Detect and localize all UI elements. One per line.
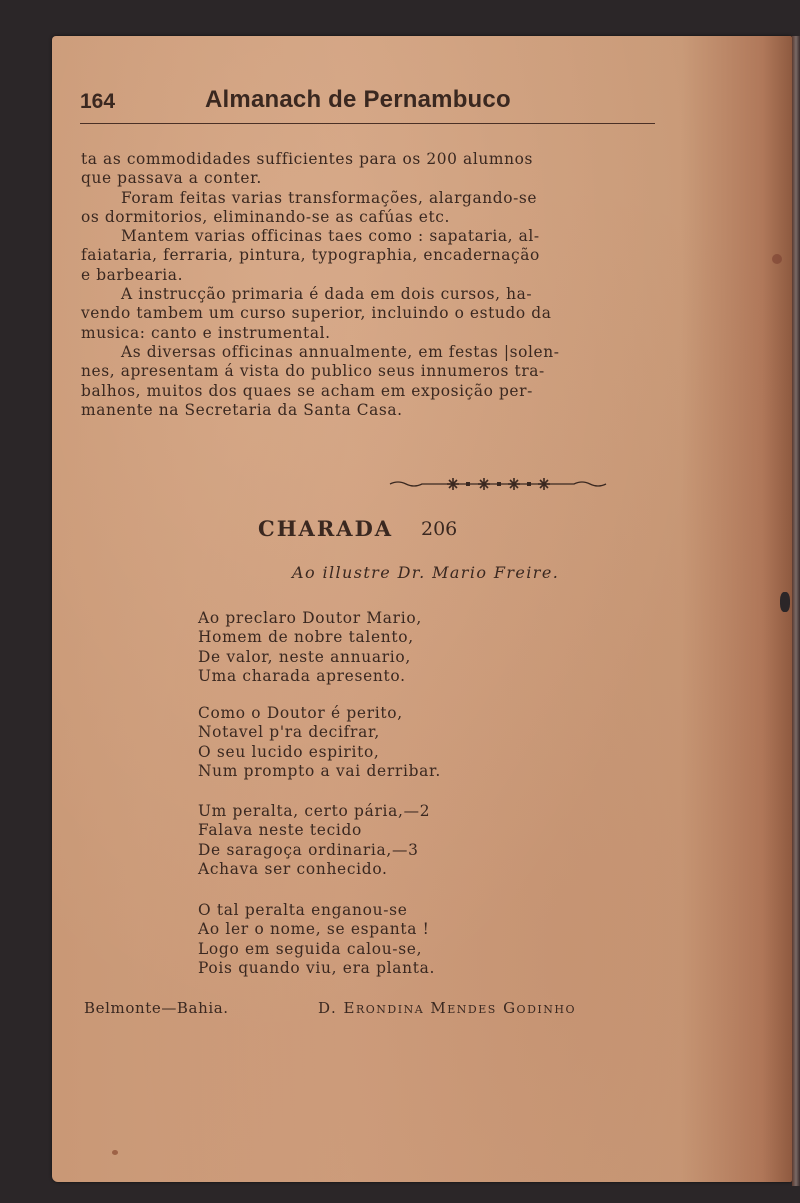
prose-line: vendo tambem um curso superior, incluind… [81,304,641,323]
poem-line: O seu lucido espirito, [198,743,538,762]
poem-line: Homem de nobre talento, [198,628,538,647]
poem-line: Num prompto a vai derribar. [198,762,538,781]
poem-line: Achava ser conhecido. [198,860,538,879]
poem-line: Uma charada apresento. [198,667,538,686]
prose-line: Foram feitas varias transformações, alar… [81,189,641,208]
prose-paragraphs: ta as commodidades sufficientes para os … [81,150,641,420]
poem-stanza-1: Ao preclaro Doutor Mario, Homem de nobre… [198,609,538,686]
paper-stain [112,1150,118,1155]
prose-line: As diversas officinas annualmente, em fe… [81,343,641,362]
poem-line: O tal peralta enganou-se [198,901,538,920]
signature-place: Belmonte—Bahia. [84,999,229,1017]
signature-author: D. Erondina Mendes Godinho [318,999,576,1017]
prose-line: faiataria, ferraria, pintura, typographi… [81,246,641,265]
poem-line: Pois quando viu, era planta. [198,959,538,978]
poem-line: De saragoça ordinaria,—3 [198,841,538,860]
poem-line: Como o Doutor é perito, [198,704,538,723]
paper-stain [772,254,782,264]
prose-line: ta as commodidades sufficientes para os … [81,150,641,169]
book-spine [792,36,800,1186]
charada-number: 206 [421,518,457,540]
prose-line: os dormitorios, eliminando-se as cafúas … [81,208,641,227]
poem-stanza-4: O tal peralta enganou-se Ao ler o nome, … [198,901,538,978]
poem-line: Notavel p'ra decifrar, [198,723,538,742]
poem-line: Um peralta, certo pária,—2 [198,802,538,821]
poem-line: Falava neste tecido [198,821,538,840]
prose-line: nes, apresentam á vista do publico seus … [81,362,641,381]
poem-stanza-2: Como o Doutor é perito, Notavel p'ra dec… [198,704,538,781]
running-title: Almanach de Pernambuco [205,86,511,114]
prose-line: musica: canto e instrumental. [81,324,641,343]
poem-stanza-3: Um peralta, certo pária,—2 Falava neste … [198,802,538,879]
poem-line: Ao ler o nome, se espanta ! [198,920,538,939]
paper-hole [780,592,790,612]
poem-line: Ao preclaro Doutor Mario, [198,609,538,628]
prose-line: A instrucção primaria é dada em dois cur… [81,285,641,304]
header-rule [80,123,655,124]
prose-line: Mantem varias officinas taes como : sapa… [81,227,641,246]
prose-line: que passava a conter. [81,169,641,188]
poem-line: De valor, neste annuario, [198,648,538,667]
page-number: 164 [80,90,115,114]
poem-line: Logo em seguida calou-se, [198,940,538,959]
charada-title: CHARADA [258,516,393,541]
prose-line: e barbearia. [81,266,641,285]
page-header: 164 Almanach de Pernambuco [80,86,640,116]
prose-line: balhos, muitos dos quaes se acham em exp… [81,382,641,401]
dedication: Ao illustre Dr. Mario Freire. [292,563,559,582]
prose-line: manente na Secretaria da Santa Casa. [81,401,641,420]
decorative-divider-icon [388,474,608,494]
